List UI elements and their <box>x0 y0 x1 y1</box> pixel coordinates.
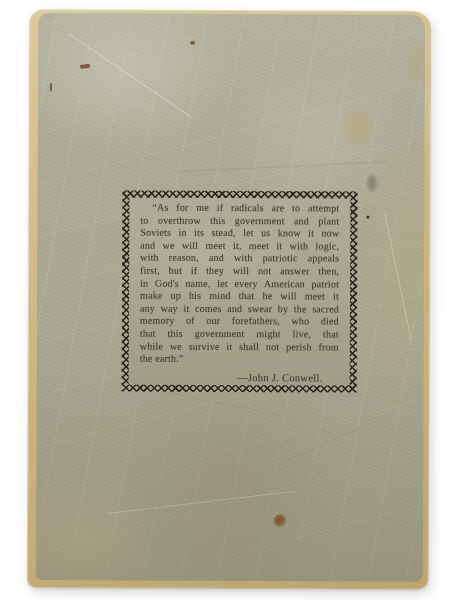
ink-mark <box>80 64 90 69</box>
paper-crease <box>69 33 194 118</box>
quote-attribution: —John J. Conwell. <box>140 371 339 385</box>
tan-smudge <box>344 110 374 144</box>
quote-line: to overthrow this government and plant <box>140 215 339 228</box>
quote-panel: “As for me if radicals are to attempt to… <box>129 198 351 386</box>
quote-line: Soviets in its stead, let us know it now <box>140 228 339 241</box>
quote-line: with reason, and with patriotic appeals <box>140 253 339 266</box>
quote-line: that this government might live, that <box>140 329 339 342</box>
photo-of-book-back-cover: “As for me if radicals are to attempt to… <box>0 0 450 600</box>
paper-crease <box>384 213 411 340</box>
quote-line: while we survive it shall not perish fro… <box>140 341 339 354</box>
quote-line: memory of our forefathers, who died <box>140 316 339 329</box>
brown-stain <box>274 514 286 527</box>
paper-crease <box>271 418 381 467</box>
speck-stain <box>366 216 369 219</box>
quote-line: “As for me if radicals are to attempt <box>140 203 339 216</box>
paper-crease <box>178 161 388 172</box>
checkered-ornament-border: “As for me if radicals are to attempt to… <box>122 191 358 393</box>
book-worn-edge: “As for me if radicals are to attempt to… <box>28 10 431 589</box>
quote-line: the earth.” <box>140 354 339 367</box>
speck-stain <box>190 41 195 45</box>
tan-smudge <box>408 45 425 85</box>
quote-line: first, but if they will not answer then, <box>140 266 339 279</box>
ink-mark <box>50 83 52 91</box>
book-cover-paper: “As for me if radicals are to attempt to… <box>36 13 425 582</box>
grey-smudge <box>367 175 376 192</box>
quote-line: make up his mind that he will meet it <box>140 291 339 304</box>
quote-line: and we will meet it, meet it with logic, <box>140 240 339 253</box>
paper-crease <box>107 491 296 514</box>
quote-line: in God's name, let every American patrio… <box>140 278 339 291</box>
